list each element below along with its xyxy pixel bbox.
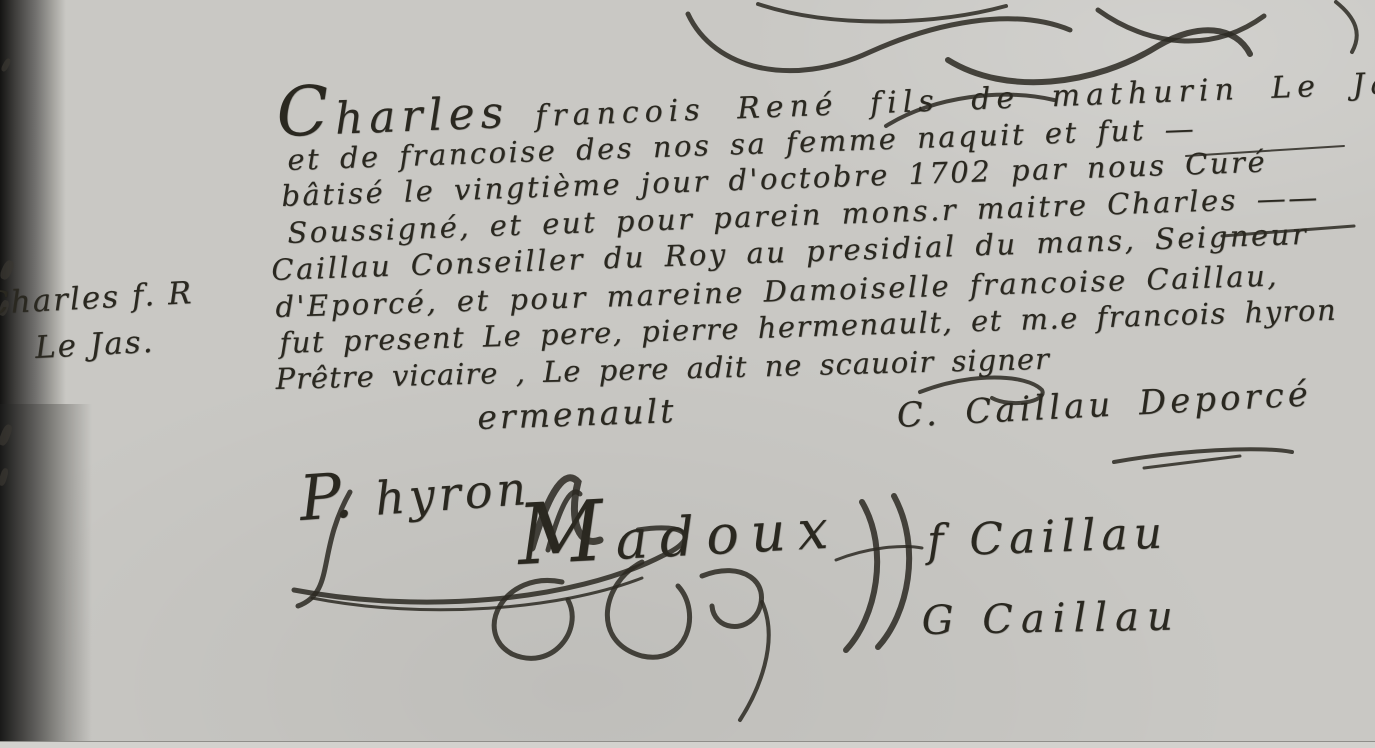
signature-f-caillau: f Caillau <box>926 508 1169 567</box>
page-bottom-edge <box>0 742 1375 748</box>
signature-hermenault: ermenault <box>477 391 677 437</box>
previous-entry-flourish <box>758 4 1006 22</box>
signature-caillau-deporce: C. Caillau Deporcé <box>896 374 1313 436</box>
caillau-deporce-underline <box>1114 449 1292 462</box>
page-binding-edge-bottom <box>0 404 92 748</box>
madoux-paraph-curl <box>702 571 761 627</box>
caillau-deporce-paraph-cross <box>1144 456 1240 468</box>
madoux-tall-stroke <box>878 496 909 647</box>
madoux-tall-stroke <box>846 502 877 650</box>
madoux-crossbar <box>836 547 922 561</box>
signature-g-caillau: G Caillau <box>921 593 1181 644</box>
hyron-swash <box>312 578 642 610</box>
document-page: Charles f. R Le Jas. Charlesfrancois Ren… <box>0 0 1375 748</box>
madoux-paraph-loop <box>494 580 572 658</box>
madoux-descender <box>740 602 769 720</box>
margin-note-surname: Le Jas. <box>34 324 155 366</box>
signature-hyron: P. hyron <box>297 446 532 535</box>
signature-madoux: Madoux <box>515 469 842 584</box>
